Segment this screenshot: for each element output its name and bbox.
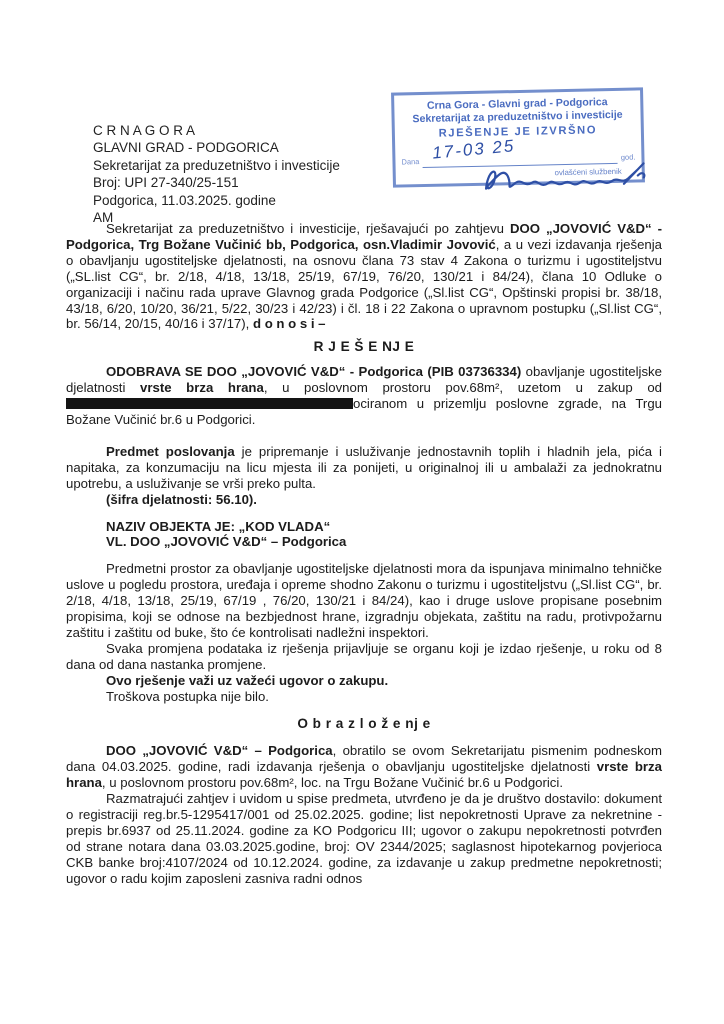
intro-lead: Sekretarijat za preduzetništvo i investi… — [106, 221, 510, 236]
resolution-heading: R J E Š E NJ E — [66, 339, 662, 355]
costs-line: Troškova postupka nije bilo. — [66, 689, 662, 705]
approval-paragraph: ODOBRAVA SE DOO „JOVOVIĆ V&D“ - Podgoric… — [66, 364, 662, 428]
rationale-p1-rest: , u poslovnom prostoru pov.68m², loc. na… — [102, 775, 563, 790]
object-name-line: NAZIV OBJEKTA JE: „KOD VLADA“ — [66, 519, 662, 535]
approval-rest: , u poslovnom prostoru pov.68m², uzetom … — [264, 380, 662, 395]
object-owner-line: VL. DOO „JOVOVIĆ V&D“ – Podgorica — [66, 534, 662, 550]
signature-scribble — [477, 155, 650, 199]
intro-paragraph: Sekretarijat za preduzetništvo i investi… — [66, 221, 662, 332]
stamp-title: RJEŠENJE JE IZVRŠNO — [401, 124, 635, 142]
activity-code-line: (šifra djelatnosti: 56.10). — [66, 492, 662, 508]
document-page: C R N A G O R A GLAVNI GRAD - PODGORICA … — [0, 0, 724, 1024]
letterhead-department: Sekretarijat za preduzetništvo i investi… — [93, 157, 340, 174]
business-label: Predmet poslovanja — [106, 444, 235, 459]
letterhead-city: GLAVNI GRAD - PODGORICA — [93, 139, 340, 156]
rationale-party: DOO „JOVOVIĆ V&D“ – Podgorica — [106, 743, 333, 758]
conditions-paragraph: Predmetni prostor za obavljanje ugostite… — [66, 561, 662, 641]
business-paragraph: Predmet poslovanja je pripremanje i uslu… — [66, 444, 662, 492]
rationale-heading: O b r a z l o ž e nj e — [66, 716, 662, 732]
letterhead-case-number: Broj: UPI 27-340/25-151 — [93, 174, 340, 191]
intro-donosi: d o n o s i – — [253, 316, 326, 331]
redaction-bar — [66, 398, 353, 409]
letterhead: C R N A G O R A GLAVNI GRAD - PODGORICA … — [93, 122, 340, 226]
approval-decision: ODOBRAVA SE DOO „JOVOVIĆ V&D“ - Podgoric… — [106, 364, 521, 379]
rationale-paragraph-1: DOO „JOVOVIĆ V&D“ – Podgorica, obratilo … — [66, 743, 662, 791]
approval-activity: vrste brza hrana — [140, 380, 264, 395]
changes-paragraph: Svaka promjena podataka iz rješenja prij… — [66, 641, 662, 673]
letterhead-place-date: Podgorica, 11.03.2025. godine — [93, 192, 340, 209]
letterhead-country: C R N A G O R A — [93, 122, 340, 139]
validity-line: Ovo rješenje važi uz važeći ugovor o zak… — [66, 673, 662, 689]
executive-stamp: Crna Gora - Glavni grad - Podgorica Sekr… — [391, 87, 645, 187]
stamp-date-label: Dana — [401, 157, 419, 168]
rationale-paragraph-2: Razmatrajući zahtjev i uvidom u spise pr… — [66, 791, 662, 886]
document-body: Sekretarijat za preduzetništvo i investi… — [66, 221, 662, 887]
